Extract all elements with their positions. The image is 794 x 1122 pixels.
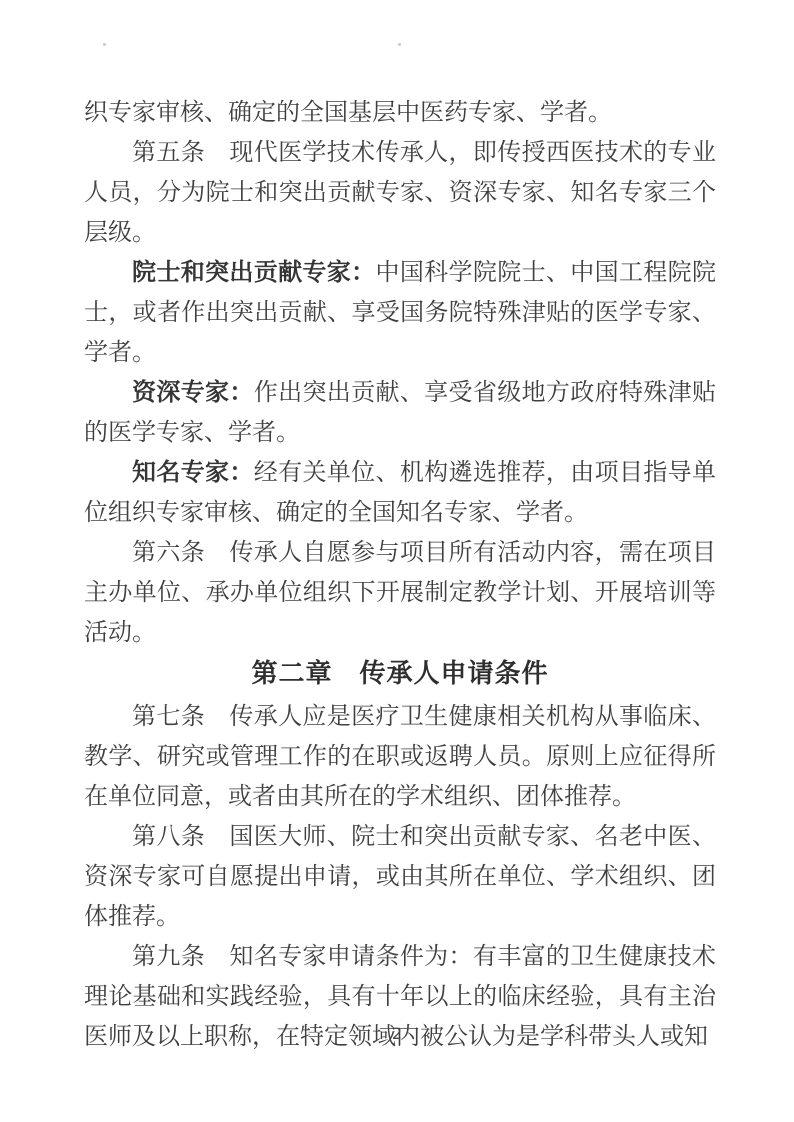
chapter-2-heading: 第二章 传承人申请条件 — [84, 654, 716, 694]
article-6-paragraph: 第六条 传承人自愿参与项目所有活动内容，需在项目主办单位、承办单位组织下开展制定… — [84, 532, 716, 652]
article-8-paragraph: 第八条 国医大师、院士和突出贡献专家、名老中医、资深专家可自愿提出申请，或由其所… — [84, 816, 716, 936]
paragraph-text: 织专家审核、确定的全国基层中医药专家、学者。 — [84, 98, 612, 126]
paragraph-text: 第七条 传承人应是医疗卫生健康相关机构从事临床、教学、研究或管理工作的在职或返聘… — [84, 702, 716, 810]
article-5-paragraph: 第五条 现代医学技术传承人，即传授西医技术的专业人员，分为院士和突出贡献专家、资… — [84, 132, 716, 252]
article-7-paragraph: 第七条 传承人应是医疗卫生健康相关机构从事临床、教学、研究或管理工作的在职或返聘… — [84, 696, 716, 816]
paragraph-lead: 知名专家： — [132, 458, 254, 486]
senior-experts-definition-paragraph: 资深专家：作出突出贡献、享受省级地方政府特殊津贴的医学专家、学者。 — [84, 372, 716, 452]
paragraph-text: 第八条 国医大师、院士和突出贡献专家、名老中医、资深专家可自愿提出申请，或由其所… — [84, 822, 716, 930]
scan-speck — [103, 43, 106, 46]
document-page: 织专家审核、确定的全国基层中医药专家、学者。 第五条 现代医学技术传承人，即传授… — [0, 0, 794, 1122]
paragraph-lead: 院士和突出贡献专家： — [132, 258, 375, 286]
renowned-experts-definition-paragraph: 知名专家：经有关单位、机构遴选推荐，由项目指导单位组织专家审核、确定的全国知名专… — [84, 452, 716, 532]
page-number: 2 — [0, 1024, 794, 1043]
continuation-paragraph: 织专家审核、确定的全国基层中医药专家、学者。 — [84, 92, 716, 132]
document-body: 织专家审核、确定的全国基层中医药专家、学者。 第五条 现代医学技术传承人，即传授… — [84, 92, 716, 1056]
scan-speck — [398, 43, 401, 46]
paragraph-text: 第五条 现代医学技术传承人，即传授西医技术的专业人员，分为院士和突出贡献专家、资… — [84, 138, 716, 246]
academician-experts-definition-paragraph: 院士和突出贡献专家：中国科学院院士、中国工程院院士，或者作出突出贡献、享受国务院… — [84, 252, 716, 372]
paragraph-text: 第六条 传承人自愿参与项目所有活动内容，需在项目主办单位、承办单位组织下开展制定… — [84, 538, 716, 646]
paragraph-lead: 资深专家： — [132, 378, 254, 406]
